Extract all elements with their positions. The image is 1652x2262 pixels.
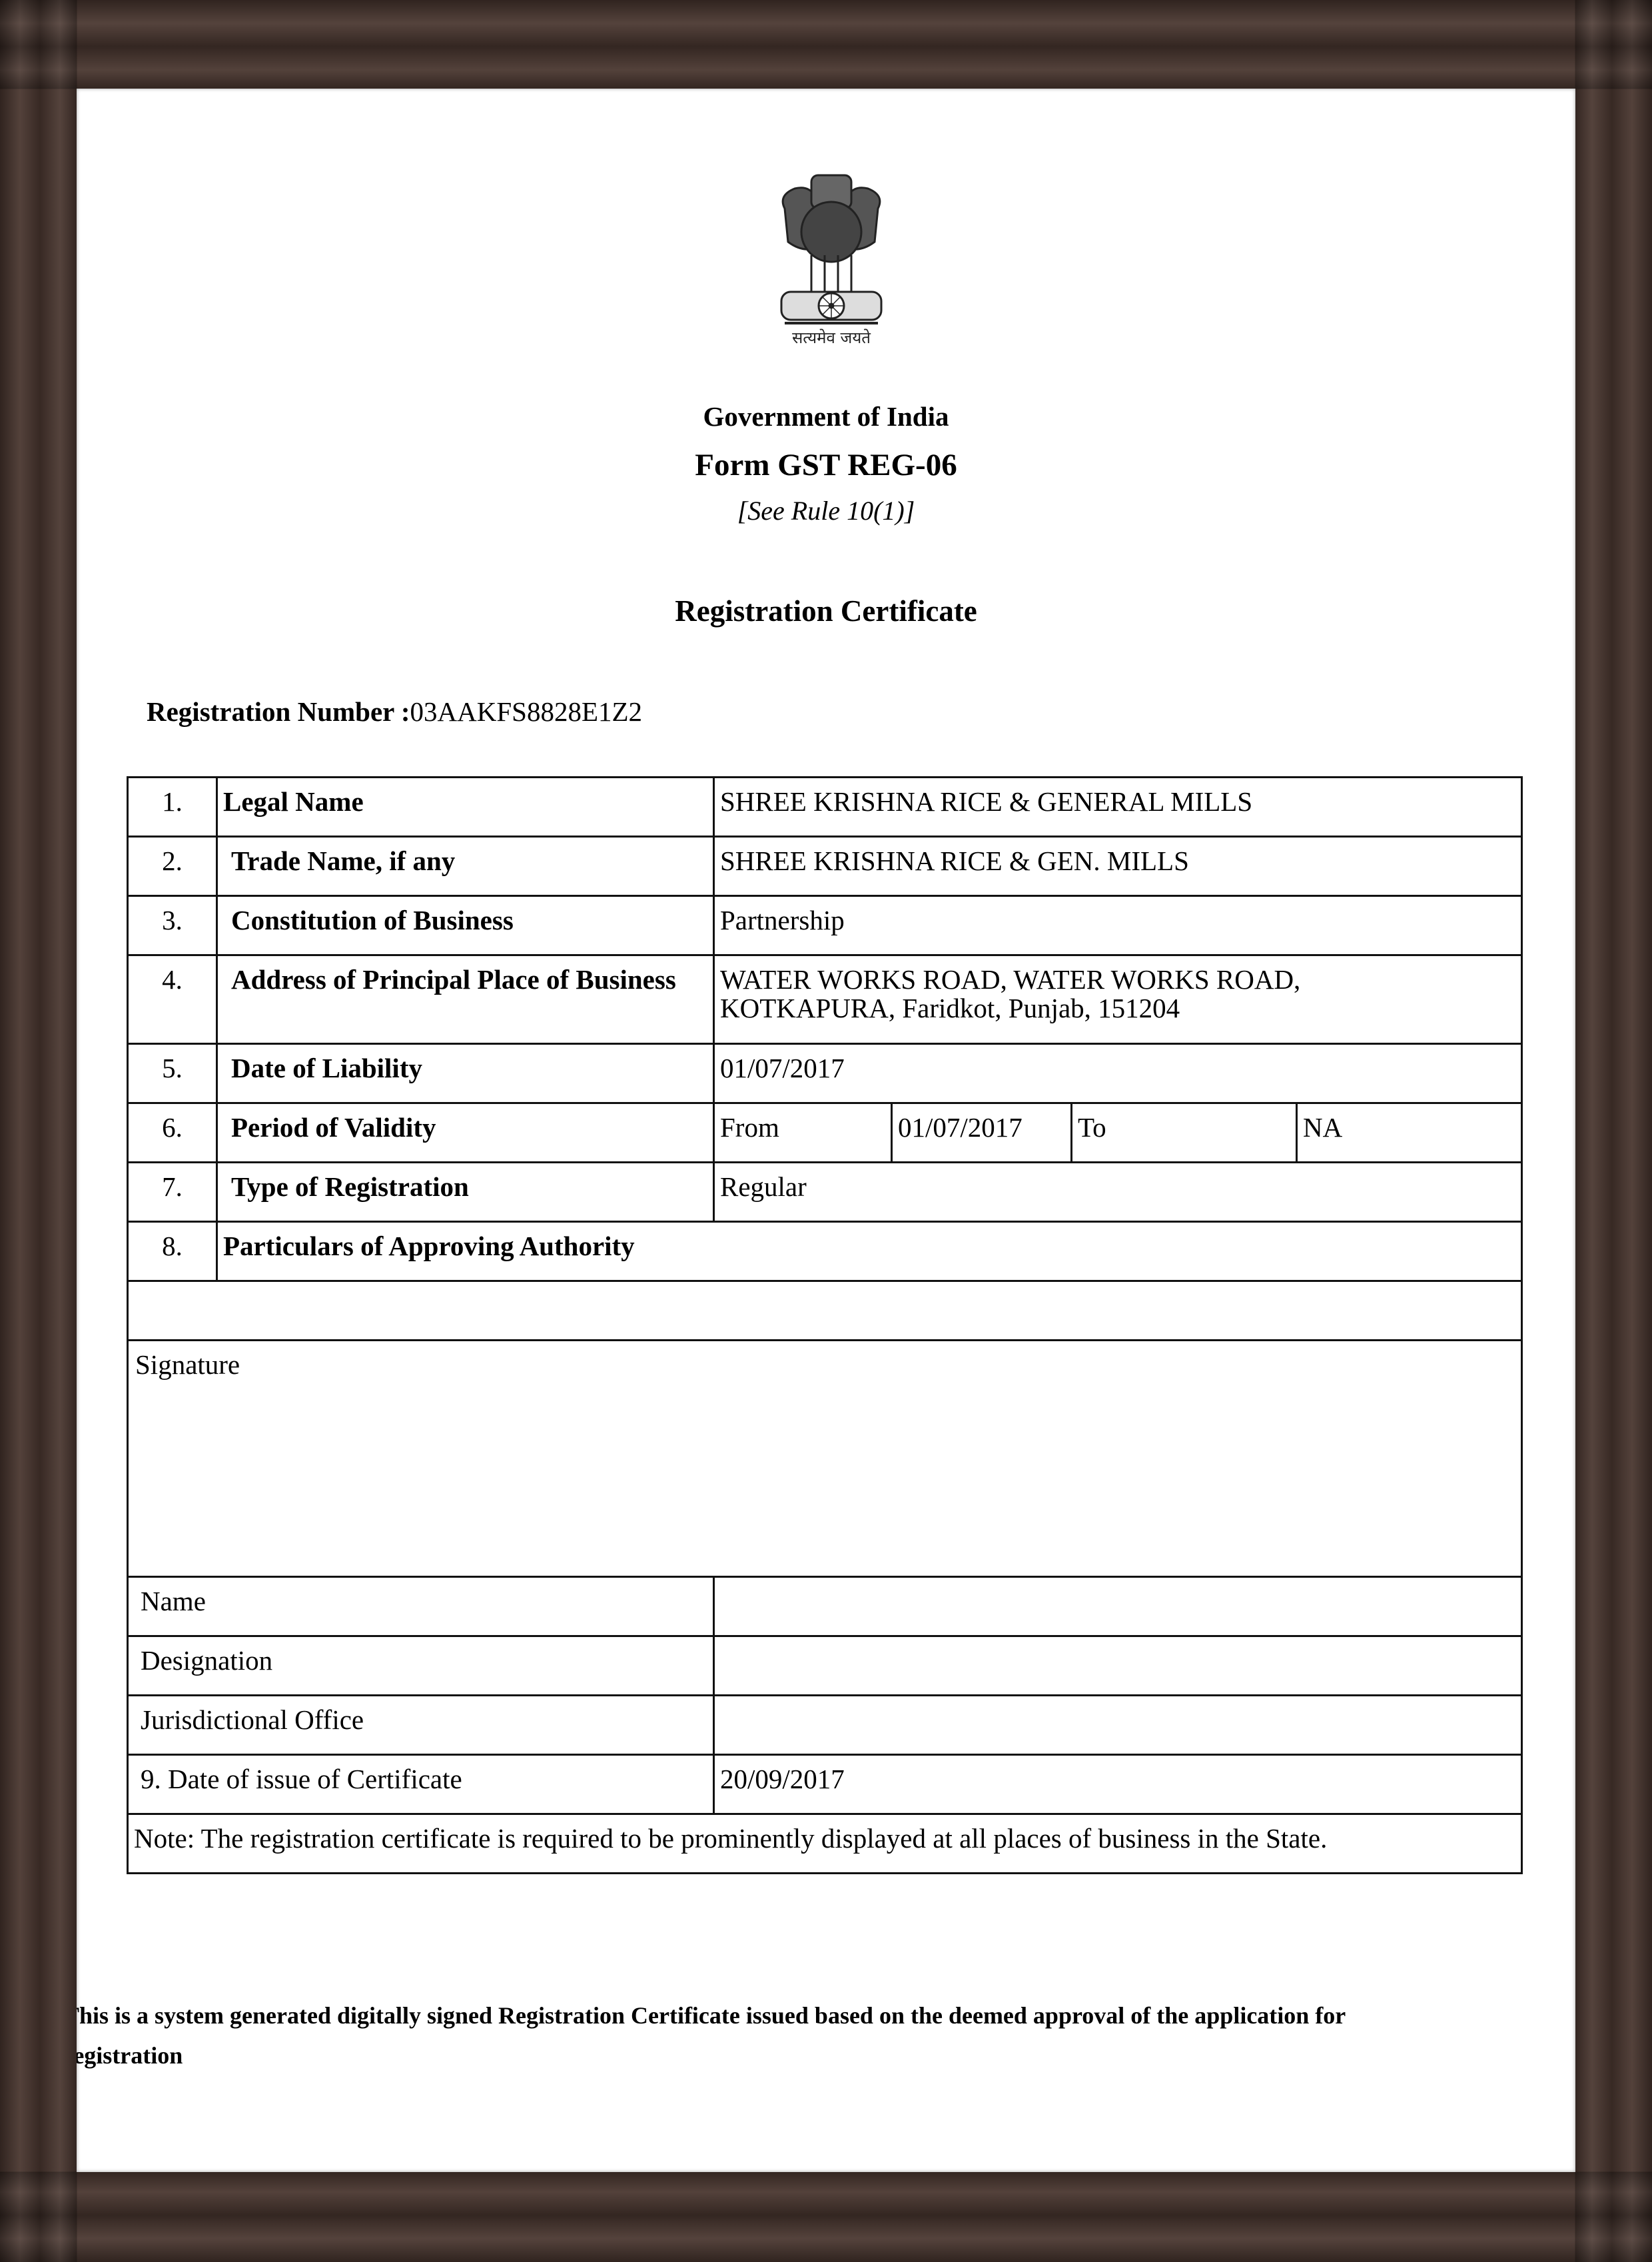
validity-from-label: From bbox=[714, 1103, 892, 1163]
table-row: Name bbox=[128, 1577, 1522, 1636]
table-row: Designation bbox=[128, 1636, 1522, 1696]
registration-number-label: Registration Number : bbox=[147, 696, 410, 727]
legal-name-value: SHREE KRISHNA RICE & GENERAL MILLS bbox=[714, 778, 1522, 837]
approving-authority-label: Particulars of Approving Authority bbox=[217, 1222, 1522, 1281]
name-label: Name bbox=[128, 1577, 714, 1636]
row-number: 8. bbox=[128, 1222, 217, 1281]
certificate-page: सत्यमेव जयते Government of India Form GS… bbox=[77, 89, 1575, 2172]
registration-type-label: Type of Registration bbox=[217, 1163, 714, 1222]
legal-name-label: Legal Name bbox=[217, 778, 714, 837]
table-row: 1. Legal Name SHREE KRISHNA RICE & GENER… bbox=[128, 778, 1522, 837]
footer-line-2: registration bbox=[77, 2035, 1529, 2075]
validity-from-value: 01/07/2017 bbox=[892, 1103, 1072, 1163]
rule-reference: [See Rule 10(1)] bbox=[77, 498, 1575, 524]
validity-to-value: NA bbox=[1297, 1103, 1522, 1163]
government-heading: Government of India bbox=[77, 403, 1575, 430]
row-number: 4. bbox=[128, 955, 217, 1044]
row-number: 2. bbox=[128, 837, 217, 896]
address-label: Address of Principal Place of Business bbox=[217, 955, 714, 1044]
signature-cell: Signature bbox=[128, 1341, 1522, 1577]
jurisdictional-office-value bbox=[714, 1696, 1522, 1755]
certificate-title: Registration Certificate bbox=[77, 596, 1575, 626]
liability-date-label: Date of Liability bbox=[217, 1044, 714, 1103]
row-number: 7. bbox=[128, 1163, 217, 1222]
table-row: 2. Trade Name, if any SHREE KRISHNA RICE… bbox=[128, 837, 1522, 896]
constitution-label: Constitution of Business bbox=[217, 896, 714, 955]
row-number: 5. bbox=[128, 1044, 217, 1103]
table-row: 6. Period of Validity From 01/07/2017 To… bbox=[128, 1103, 1522, 1163]
registration-number-value: 03AAKFS8828E1Z2 bbox=[410, 696, 643, 727]
table-row: 7. Type of Registration Regular bbox=[128, 1163, 1522, 1222]
designation-value bbox=[714, 1636, 1522, 1696]
signature-label: Signature bbox=[135, 1349, 240, 1380]
note-row: Note: The registration certificate is re… bbox=[128, 1814, 1522, 1874]
name-value bbox=[714, 1577, 1522, 1636]
signature-row: Signature bbox=[128, 1341, 1522, 1577]
address-line-2: KOTKAPURA, Faridkot, Punjab, 151204 bbox=[720, 994, 1515, 1023]
validity-label: Period of Validity bbox=[217, 1103, 714, 1163]
row-number: 6. bbox=[128, 1103, 217, 1163]
table-row: 9. Date of issue of Certificate 20/09/20… bbox=[128, 1755, 1522, 1814]
table-row: Jurisdictional Office bbox=[128, 1696, 1522, 1755]
emblem-motto: सत्यमेव जयते bbox=[731, 326, 931, 348]
table-row: 8. Particulars of Approving Authority bbox=[128, 1222, 1522, 1281]
registration-type-value: Regular bbox=[714, 1163, 1522, 1222]
row-number: 1. bbox=[128, 778, 217, 837]
designation-label: Designation bbox=[128, 1636, 714, 1696]
national-emblem-icon bbox=[765, 169, 898, 328]
blank-cell bbox=[128, 1281, 1522, 1341]
form-title: Form GST REG-06 bbox=[77, 450, 1575, 481]
system-generated-footer: This is a system generated digitally sig… bbox=[77, 1995, 1529, 2075]
table-row: 3. Constitution of Business Partnership bbox=[128, 896, 1522, 955]
registration-number: Registration Number :03AAKFS8828E1Z2 bbox=[147, 698, 642, 726]
jurisdictional-office-label: Jurisdictional Office bbox=[128, 1696, 714, 1755]
table-row-blank bbox=[128, 1281, 1522, 1341]
address-line-1: WATER WORKS ROAD, WATER WORKS ROAD, bbox=[720, 965, 1515, 994]
liability-date-value: 01/07/2017 bbox=[714, 1044, 1522, 1103]
display-note: Note: The registration certificate is re… bbox=[128, 1814, 1522, 1874]
table-row: 5. Date of Liability 01/07/2017 bbox=[128, 1044, 1522, 1103]
footer-line-1: This is a system generated digitally sig… bbox=[77, 1995, 1529, 2035]
row-number: 3. bbox=[128, 896, 217, 955]
validity-to-label: To bbox=[1072, 1103, 1297, 1163]
certificate-details-table: 1. Legal Name SHREE KRISHNA RICE & GENER… bbox=[127, 776, 1523, 1874]
trade-name-value: SHREE KRISHNA RICE & GEN. MILLS bbox=[714, 837, 1522, 896]
trade-name-label: Trade Name, if any bbox=[217, 837, 714, 896]
issue-date-label: 9. Date of issue of Certificate bbox=[128, 1755, 714, 1814]
table-row: 4. Address of Principal Place of Busines… bbox=[128, 955, 1522, 1044]
address-value: WATER WORKS ROAD, WATER WORKS ROAD, KOTK… bbox=[714, 955, 1522, 1044]
issue-date-value: 20/09/2017 bbox=[714, 1755, 1522, 1814]
constitution-value: Partnership bbox=[714, 896, 1522, 955]
